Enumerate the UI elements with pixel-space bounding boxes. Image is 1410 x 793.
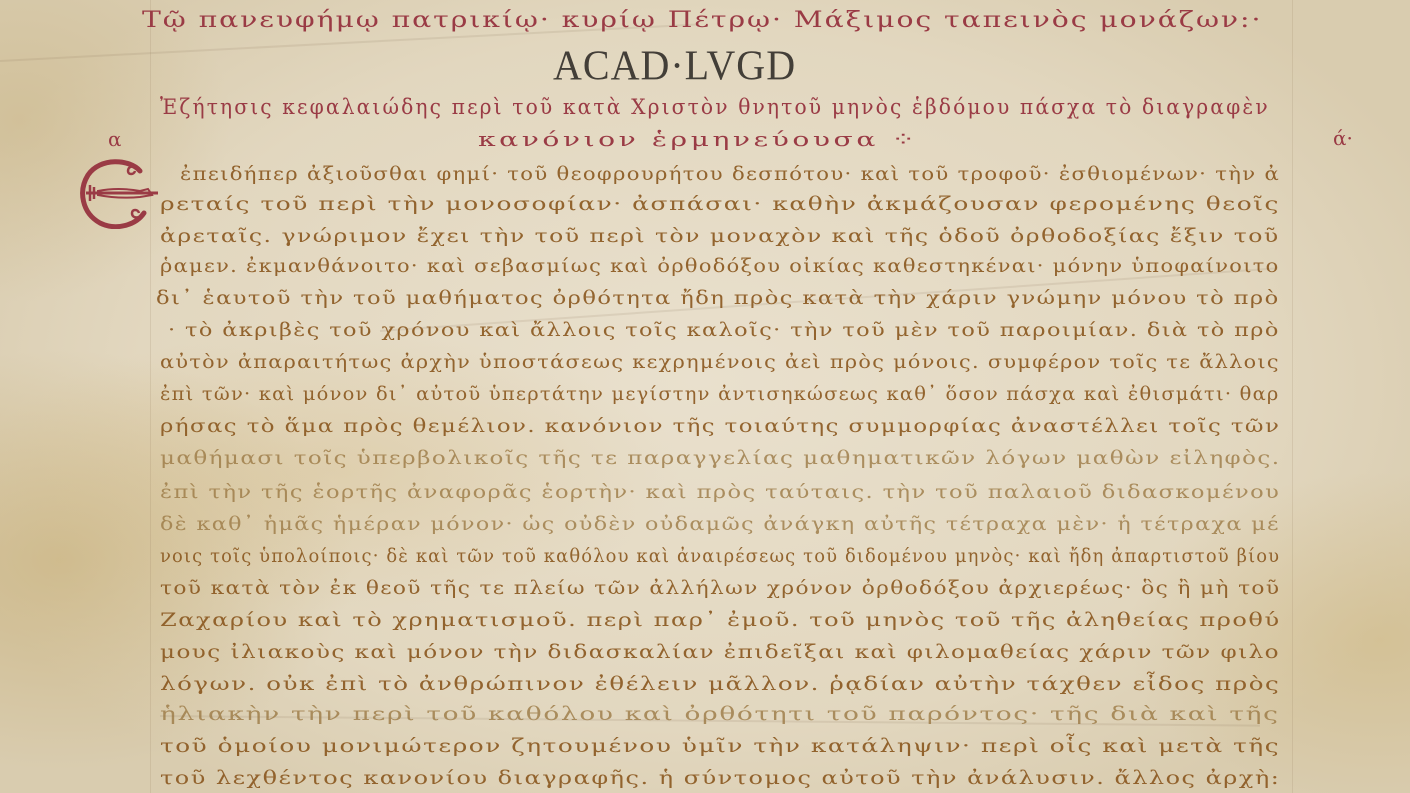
- heading-rubric-line-2: κανόνιον ἑρμηνεύουσα ⁘: [478, 127, 919, 151]
- library-stamp: ACAD·LVGD: [553, 41, 796, 90]
- text-line: ρήσας τὸ ἅμα πρὸς θεμέλιον. κανόνιον τῆς…: [160, 415, 1280, 437]
- dedication-rubric: Τῷ πανευφήμῳ πατρικίῳ· κυρίῳ Πέτρῳ· Μάξι…: [142, 8, 1262, 33]
- text-line: Ζαχαρίου καὶ τὸ χρηματισμοῦ. περὶ παρ᾽ ἐ…: [160, 609, 1281, 631]
- text-line: νοις τοῖς ὑπολοίποις· δὲ καὶ τῶν τοῦ καθ…: [160, 545, 1280, 567]
- text-line: ῥαμεν. ἐκμανθάνοιτο· καὶ σεβασμίως καὶ ὀ…: [160, 255, 1280, 277]
- right-margin-ruling: [1292, 0, 1293, 793]
- text-line: ἡλιακὴν τὴν περὶ τοῦ καθόλου καὶ ὀρθότητ…: [160, 703, 1280, 725]
- manuscript-folio: Τῷ πανευφήμῳ πατρικίῳ· κυρίῳ Πέτρῳ· Μάξι…: [0, 0, 1410, 793]
- text-line: αὐτὸν ἀπαραιτήτως ἀρχὴν ὑποστάσεως κεχρη…: [160, 351, 1280, 373]
- text-line: μαθήμασι τοῖς ὑπερβολικοῖς τῆς τε παραγγ…: [160, 447, 1281, 469]
- text-line: τοῦ ὁμοίου μονιμώτερον ζητουμένου ὑμῖν τ…: [160, 735, 1280, 757]
- text-line: · τὸ ἀκριβὲς τοῦ χρόνου καὶ ἄλλοις τοῖς …: [168, 319, 1280, 341]
- text-line: ρεταίς τοῦ περὶ τὴν μονοσοφίαν· ἀσπάσαι·…: [160, 193, 1280, 215]
- margin-numeral-left: α: [108, 127, 122, 151]
- text-line: δὲ καθ᾽ ἡμᾶς ἡμέραν μόνον· ὡς οὐδὲν οὐδα…: [160, 513, 1280, 535]
- heading-rubric-line-1: Ἐζήτησις κεφαλαιώδης περὶ τοῦ κατὰ Χριστ…: [160, 95, 1270, 119]
- text-line: μους ἰλιακοὺς καὶ μόνον τὴν διδασκαλίαν …: [160, 641, 1280, 663]
- text-line: τοῦ λεχθέντος κανονίου διαγραφῆς. ἡ σύντ…: [160, 767, 1280, 789]
- text-line: λόγων. οὐκ ἐπὶ τὸ ἀνθρώπινον ἐθέλειν μᾶλ…: [160, 673, 1280, 695]
- text-line: τοῦ κατὰ τὸν ἐκ θεοῦ τῆς τε πλείω τῶν ἀλ…: [160, 577, 1280, 599]
- left-margin-ruling: [150, 0, 151, 793]
- text-line: ἐπὶ τῶν· καὶ μόνον δι᾽ αὐτοῦ ὑπερτάτην μ…: [160, 383, 1280, 405]
- decorated-initial-epsilon-icon: [78, 155, 158, 229]
- text-line: ἐπειδήπερ ἀξιοῦσθαι φημί· τοῦ θεοφρουρήτ…: [180, 163, 1280, 185]
- text-line: ἀρεταῖς. γνώριμον ἔχει τὴν τοῦ περὶ τὸν …: [160, 225, 1280, 247]
- text-line: δι᾽ ἑαυτοῦ τὴν τοῦ μαθήματος ὀρθότητα ἤδ…: [156, 287, 1280, 309]
- text-line: ἐπὶ τὴν τῆς ἑορτῆς ἀναφορᾶς ἑορτὴν· καὶ …: [160, 481, 1280, 503]
- margin-numeral-right: ά·: [1333, 126, 1353, 150]
